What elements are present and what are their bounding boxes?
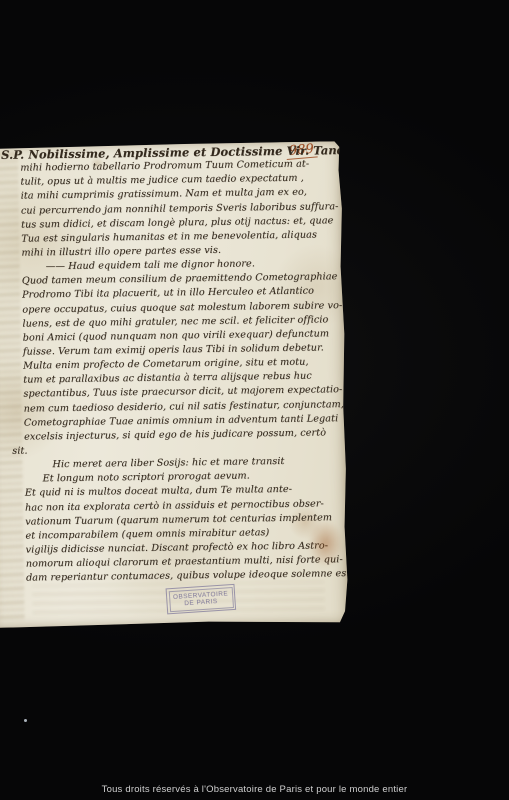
- manuscript-text: S.P. Nobilissime, Amplissime et Doctissi…: [0, 143, 342, 586]
- observatory-stamp-text: OBSERVATOIRE DE PARIS: [168, 587, 233, 612]
- copyright-caption: Tous droits réservés à l'Observatoire de…: [0, 784, 509, 795]
- manuscript-page: 989 S.P. Nobilissime, Amplissime et Doct…: [0, 141, 349, 628]
- ink-stain: [307, 519, 344, 567]
- observatory-stamp: OBSERVATOIRE DE PARIS: [166, 584, 237, 615]
- dust-speck: [24, 719, 27, 722]
- scan-background: 989 S.P. Nobilissime, Amplissime et Doct…: [0, 0, 509, 800]
